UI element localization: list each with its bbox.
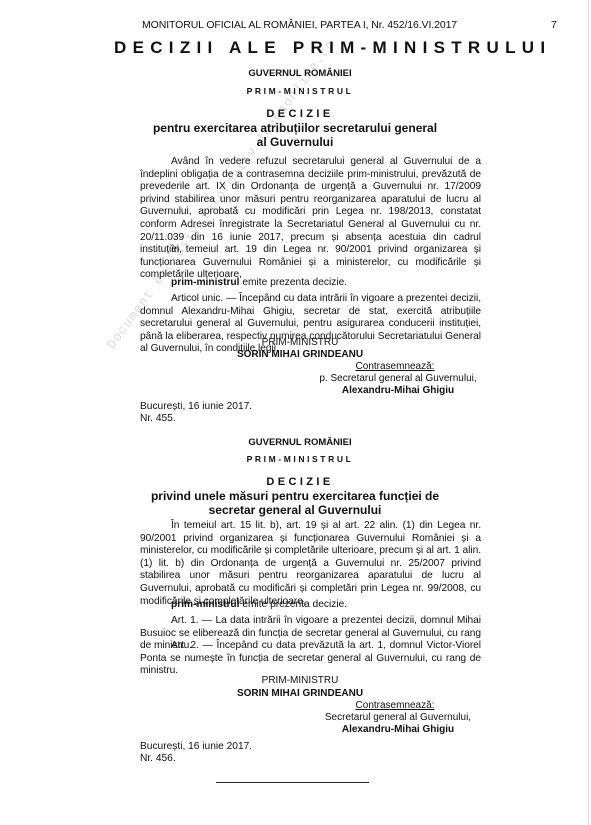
emits-line: prim-ministrul emite prezenta decizie. [171, 277, 347, 288]
emits-text: emite prezenta decizie. [240, 599, 348, 610]
decision-number: Nr. 456. [140, 753, 176, 764]
signature-name: SORIN MIHAI GRINDEANU [110, 688, 490, 699]
end-rule [216, 782, 369, 783]
office-heading: PRIM-MINISTRUL [110, 454, 490, 464]
emits-line: prim-ministrul emite prezenta decizie. [171, 599, 347, 610]
signature-title: PRIM-MINISTRU [110, 337, 490, 348]
emits-subject: prim-ministrul [171, 277, 240, 288]
office-heading: PRIM-MINISTRUL [110, 86, 490, 96]
countersign-role: Secretarul general al Guvernului, [303, 712, 493, 723]
issuer-heading: GUVERNUL ROMÂNIEI [110, 68, 490, 79]
emits-text: emite prezenta decizie. [240, 277, 348, 288]
issuer-heading: GUVERNUL ROMÂNIEI [110, 437, 490, 448]
signature-title: PRIM-MINISTRU [110, 675, 490, 686]
section-title: DECIZII ALE PRIM-MINISTRULUI [114, 38, 551, 58]
countersign-label: Contrasemnează: [345, 361, 445, 372]
decision-subtitle: pentru exercitarea atribuțiilor secretar… [150, 121, 440, 149]
page-edge [588, 0, 589, 825]
page-number: 7 [551, 19, 557, 31]
decision-type: DECIZIE [110, 108, 490, 120]
publication-header: MONITORUL OFICIAL AL ROMÂNIEI, PARTEA I,… [142, 19, 457, 31]
preamble-paragraph: Având în vedere refuzul secretarului gen… [140, 156, 481, 257]
emits-subject: prim-ministrul [171, 599, 240, 610]
decision-type: DECIZIE [110, 476, 490, 488]
decision-subtitle: privind unele măsuri pentru exercitarea … [150, 489, 440, 517]
countersign-role: p. Secretarul general al Guvernului, [303, 373, 493, 384]
place-date: București, 16 iunie 2017. [140, 401, 252, 412]
countersign-label: Contrasemnează: [345, 700, 445, 711]
place-date: București, 16 iunie 2017. [140, 741, 252, 752]
signature-name: SORIN MIHAI GRINDEANU [110, 349, 490, 360]
countersign-name: Alexandru-Mihai Ghigiu [303, 385, 493, 396]
legal-basis-paragraph: În temeiul art. 15 lit. b), art. 19 și a… [140, 520, 481, 608]
decision-number: Nr. 455. [140, 413, 176, 424]
countersign-name: Alexandru-Mihai Ghigiu [303, 724, 493, 735]
article-paragraph: Art. 2. — Începând cu data prevăzută la … [140, 640, 481, 678]
